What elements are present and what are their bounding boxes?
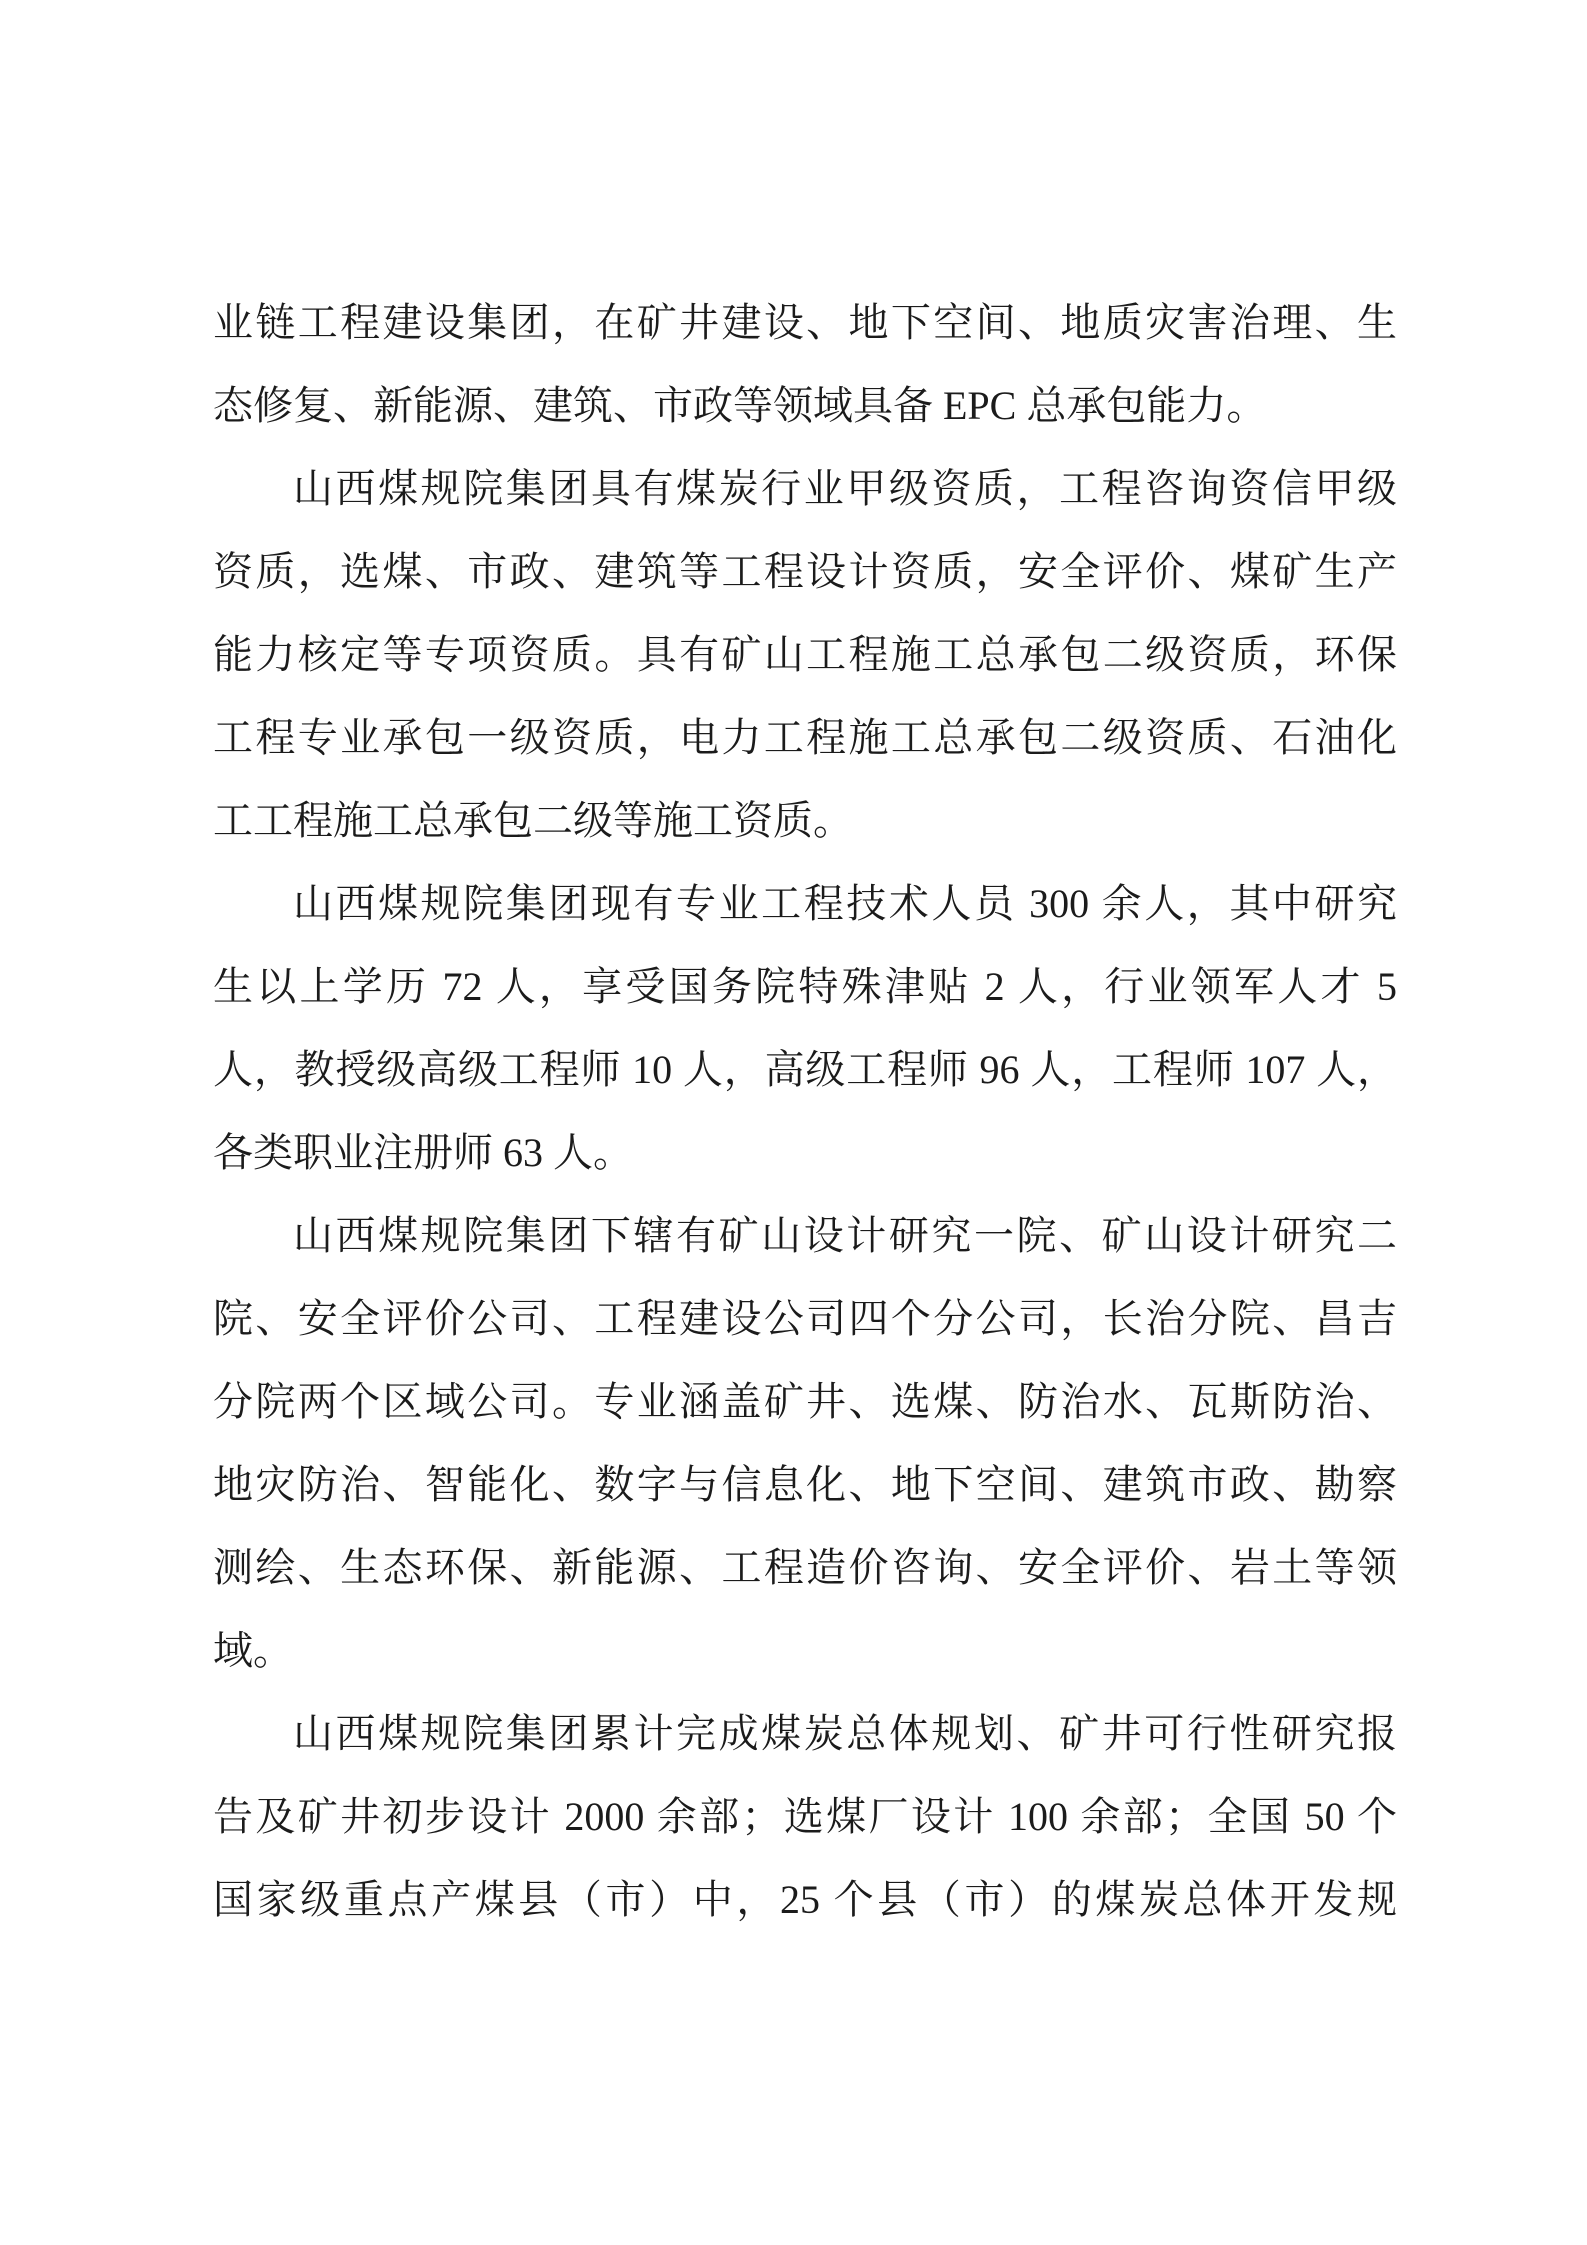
- text-line: 地灾防治、智能化、数字与信息化、地下空间、建筑市政、勘察: [213, 1443, 1397, 1526]
- text-line: 山西煤规院集团下辖有矿山设计研究一院、矿山设计研究二: [213, 1194, 1397, 1277]
- text-line: 资质，选煤、市政、建筑等工程设计资质，安全评价、煤矿生产: [213, 530, 1397, 613]
- text-line: 各类职业注册师 63 人。: [213, 1111, 1397, 1194]
- text-line: 院、安全评价公司、工程建设公司四个分公司，长治分院、昌吉: [213, 1277, 1397, 1360]
- text-line: 告及矿井初步设计 2000 余部；选煤厂设计 100 余部；全国 50 个: [213, 1775, 1397, 1858]
- paragraph-4: 山西煤规院集团下辖有矿山设计研究一院、矿山设计研究二院、安全评价公司、工程建设公…: [213, 1194, 1397, 1692]
- text-line: 国家级重点产煤县（市）中，25 个县（市）的煤炭总体开发规: [213, 1858, 1397, 1941]
- text-line: 态修复、新能源、建筑、市政等领域具备 EPC 总承包能力。: [213, 364, 1397, 447]
- text-line: 生以上学历 72 人，享受国务院特殊津贴 2 人，行业领军人才 5: [213, 945, 1397, 1028]
- text-line: 工程专业承包一级资质，电力工程施工总承包二级资质、石油化: [213, 696, 1397, 779]
- paragraph-1: 业链工程建设集团，在矿井建设、地下空间、地质灾害治理、生态修复、新能源、建筑、市…: [213, 281, 1397, 447]
- paragraph-5: 山西煤规院集团累计完成煤炭总体规划、矿井可行性研究报告及矿井初步设计 2000 …: [213, 1692, 1397, 1941]
- text-line: 域。: [213, 1609, 1397, 1692]
- text-line: 能力核定等专项资质。具有矿山工程施工总承包二级资质，环保: [213, 613, 1397, 696]
- text-line: 测绘、生态环保、新能源、工程造价咨询、安全评价、岩土等领: [213, 1526, 1397, 1609]
- document-page: 业链工程建设集团，在矿井建设、地下空间、地质灾害治理、生态修复、新能源、建筑、市…: [0, 0, 1587, 2245]
- text-line: 山西煤规院集团具有煤炭行业甲级资质，工程咨询资信甲级: [213, 447, 1397, 530]
- text-line: 工工程施工总承包二级等施工资质。: [213, 779, 1397, 862]
- text-line: 人，教授级高级工程师 10 人，高级工程师 96 人，工程师 107 人，: [213, 1028, 1397, 1111]
- text-line: 分院两个区域公司。专业涵盖矿井、选煤、防治水、瓦斯防治、: [213, 1360, 1397, 1443]
- paragraph-3: 山西煤规院集团现有专业工程技术人员 300 余人，其中研究生以上学历 72 人，…: [213, 862, 1397, 1194]
- document-body: 业链工程建设集团，在矿井建设、地下空间、地质灾害治理、生态修复、新能源、建筑、市…: [213, 281, 1397, 1941]
- text-line: 山西煤规院集团累计完成煤炭总体规划、矿井可行性研究报: [213, 1692, 1397, 1775]
- text-line: 山西煤规院集团现有专业工程技术人员 300 余人，其中研究: [213, 862, 1397, 945]
- text-line: 业链工程建设集团，在矿井建设、地下空间、地质灾害治理、生: [213, 281, 1397, 364]
- paragraph-2: 山西煤规院集团具有煤炭行业甲级资质，工程咨询资信甲级资质，选煤、市政、建筑等工程…: [213, 447, 1397, 862]
